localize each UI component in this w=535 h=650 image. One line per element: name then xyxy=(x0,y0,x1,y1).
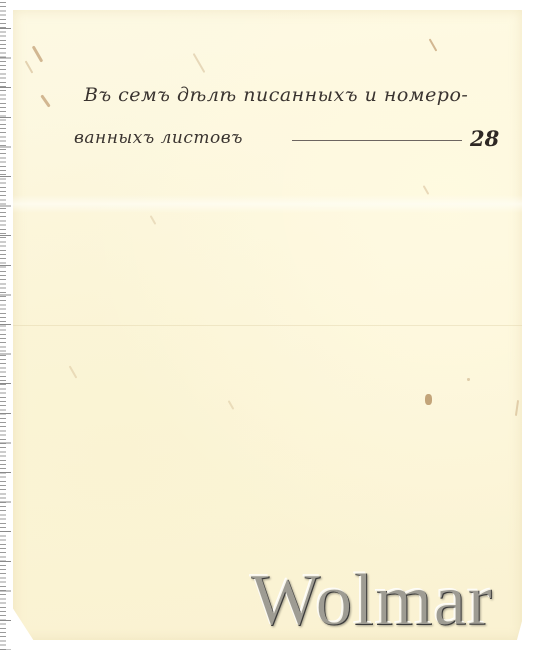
watermark-text: Wolmar xyxy=(250,558,493,643)
paper-fold-line xyxy=(13,325,522,326)
leader-line xyxy=(292,140,462,141)
ink-stain xyxy=(425,394,432,405)
paper-crease xyxy=(13,195,522,213)
handwritten-line-1: Въ семъ дѣлѣ писанныхъ и номеро- xyxy=(84,84,468,106)
ink-stain xyxy=(467,378,470,381)
handwritten-line-2: ванныхъ листовъ xyxy=(74,128,243,148)
sheet-count: 28 xyxy=(470,126,499,151)
scale-ruler-major-ticks xyxy=(0,0,12,650)
